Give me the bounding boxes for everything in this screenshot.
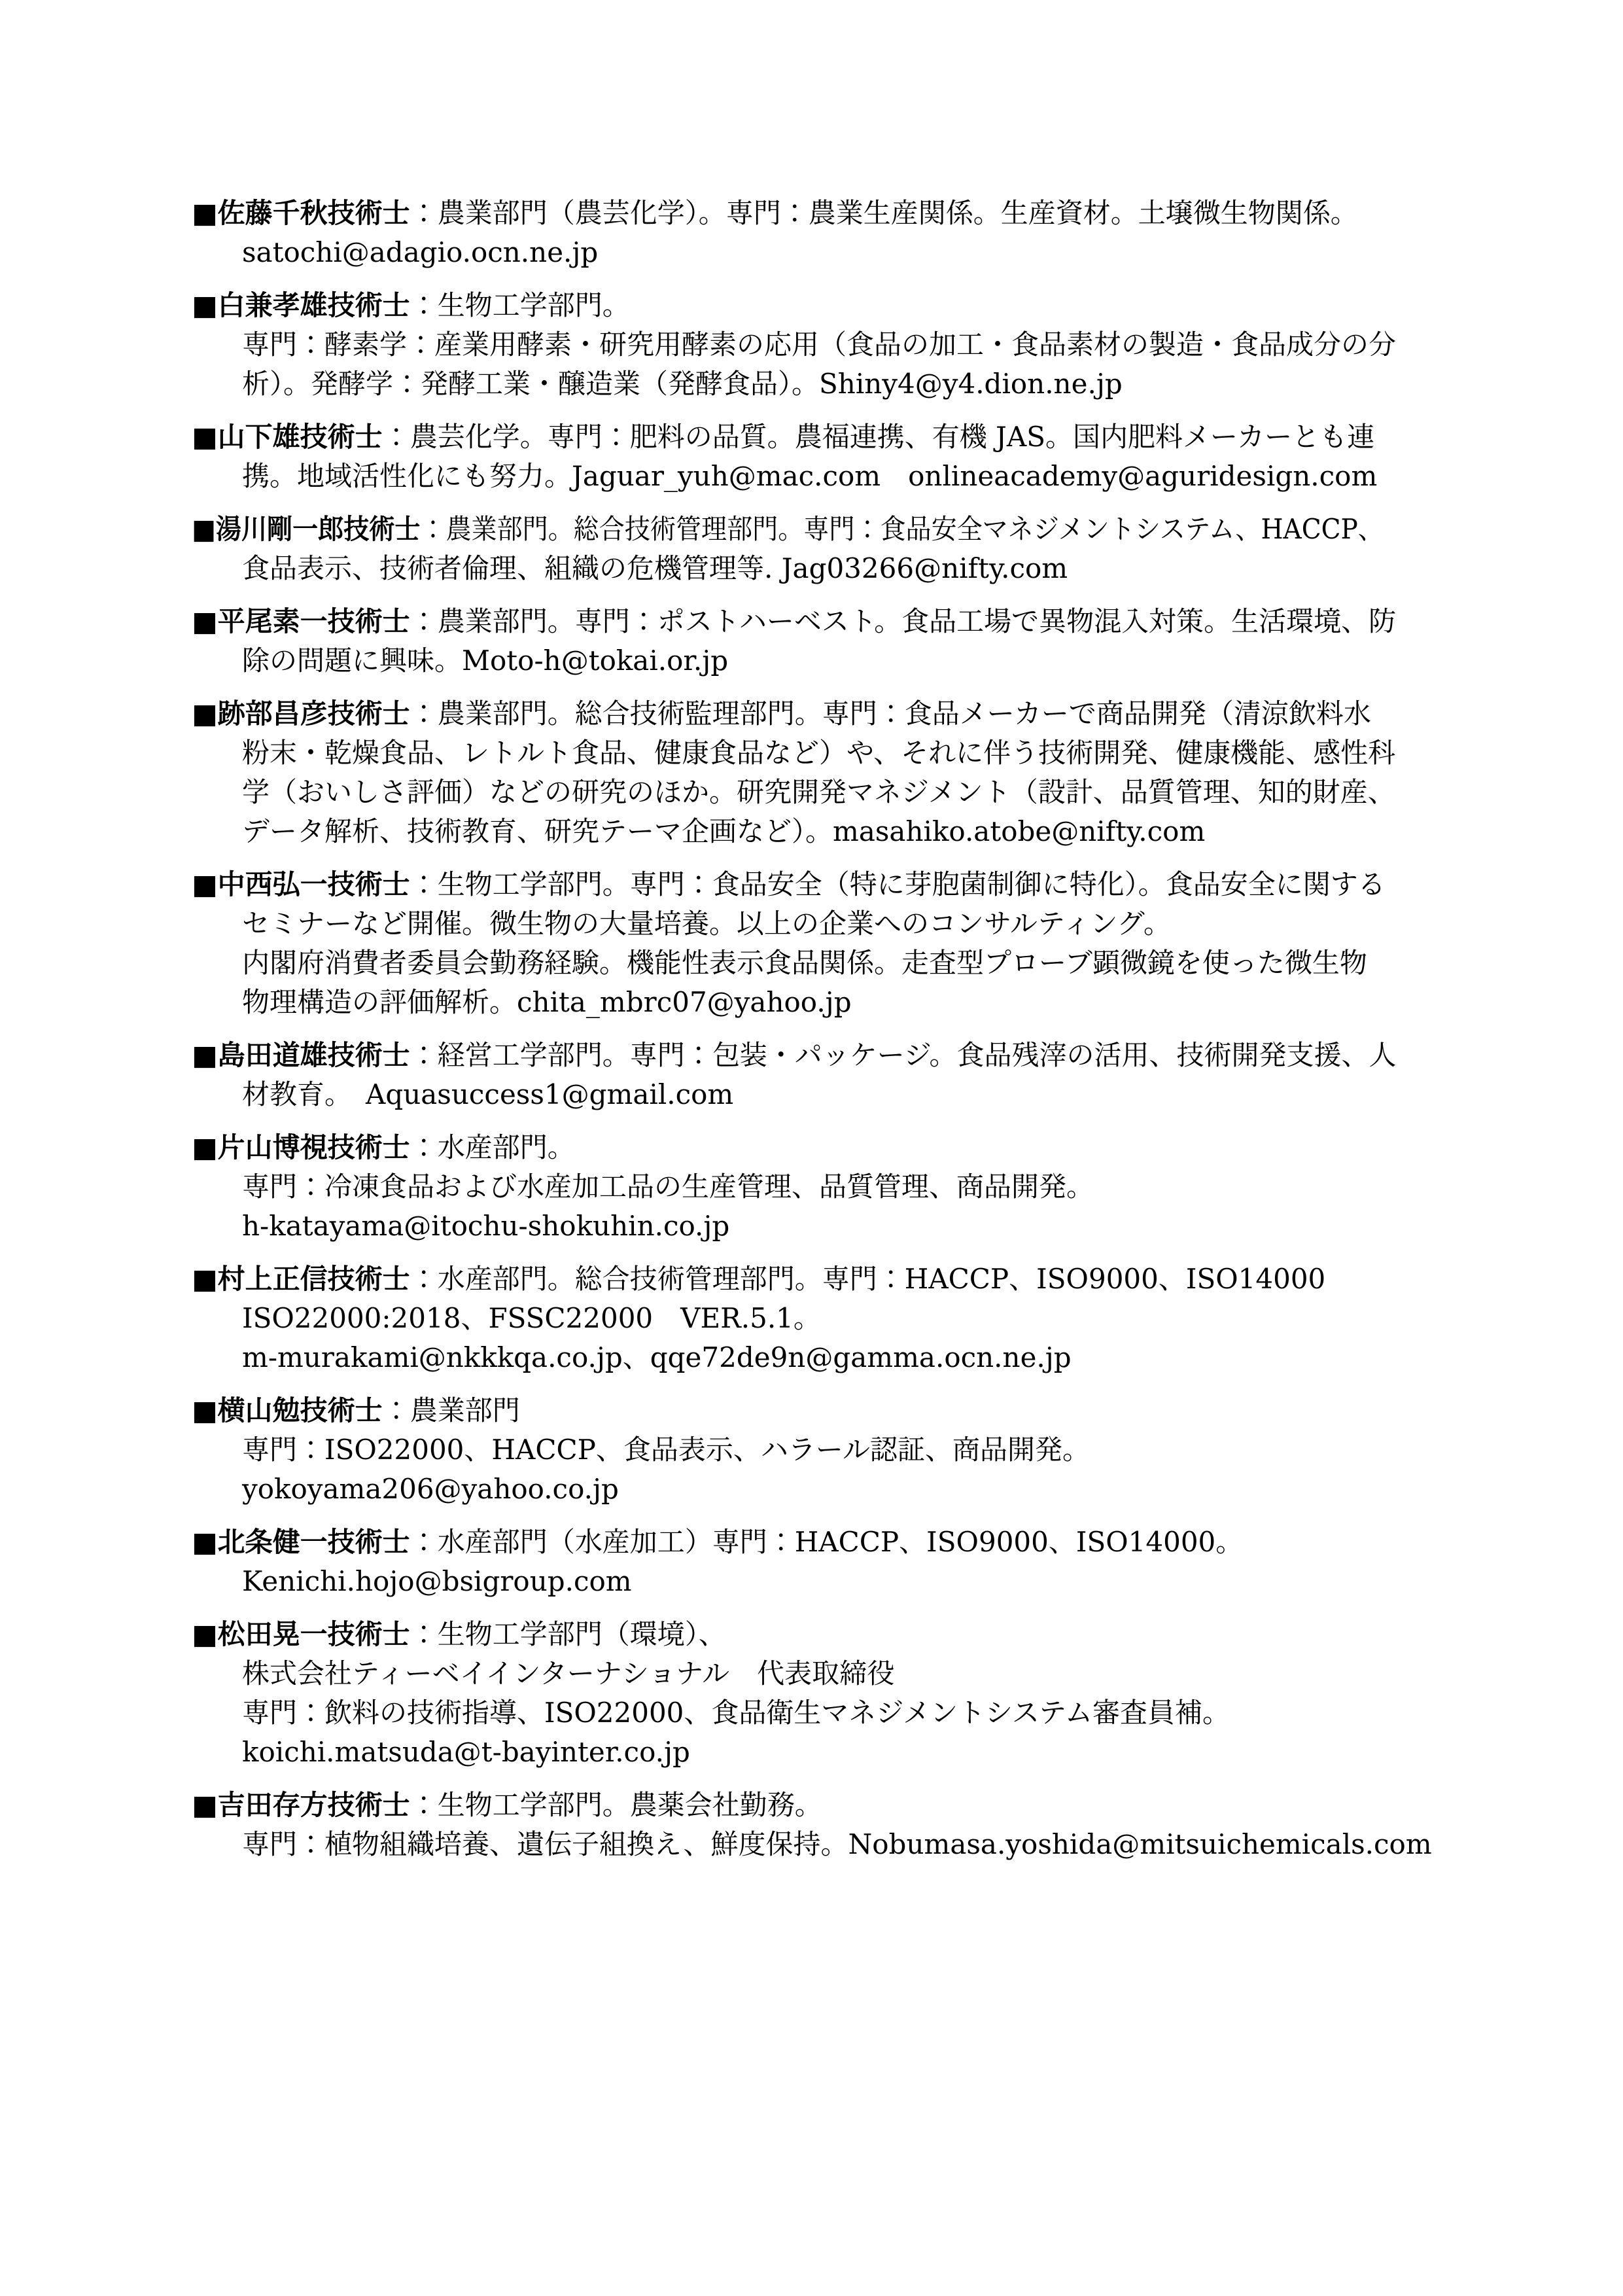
document-page: ■佐藤千秋技術士：農業部門（農芸化学）。専門：農業生産関係。生産資材。土壌微生物… xyxy=(0,0,1623,2296)
member-description: ：生物工学部門。 xyxy=(410,289,630,321)
member-name: ■島田道雄技術士 xyxy=(192,1039,410,1071)
member-entry-first-line: ■島田道雄技術士：経営工学部門。専門：包装・パッケージ。食品残滓の活用、技術開発… xyxy=(192,1036,1456,1075)
member-name: ■湯川剛一郎技術士 xyxy=(192,513,420,545)
member-entry-first-line: ■湯川剛一郎技術士：農業部門。総合技術管理部門。専門：食品安全マネジメントシステ… xyxy=(192,510,1367,549)
member-description: ：農業部門。専門：ポストハーベスト。食品工場で異物混入対策。生活環境、防 xyxy=(410,605,1396,637)
member-entry: ■北条健一技術士：水産部門（水産加工）専門：HACCP、ISO9000、ISO1… xyxy=(192,1523,1456,1601)
member-entry: ■中西弘一技術士：生物工学部門。専門：食品安全（特に芽胞菌制御に特化）。食品安全… xyxy=(192,865,1456,1022)
member-entry: ■片山博視技術士：水産部門。 専門：冷凍食品および水産加工品の生産管理、品質管理… xyxy=(192,1128,1456,1246)
member-entry-first-line: ■山下雄技術士：農芸化学。専門：肥料の品質。農福連携、有機 JAS。国内肥料メー… xyxy=(192,417,1456,457)
member-entry-first-line: ■松田晃一技術士：生物工学部門（環境）、 xyxy=(192,1615,1456,1654)
member-entry-first-line: ■村上正信技術士：水産部門。総合技術管理部門。専門：HACCP、ISO9000、… xyxy=(192,1260,1456,1299)
member-name: ■吉田存方技術士 xyxy=(192,1789,410,1821)
member-entry-first-line: ■平尾素一技術士：農業部門。専門：ポストハーベスト。食品工場で異物混入対策。生活… xyxy=(192,602,1456,641)
member-description: ：生物工学部門。農薬会社勤務。 xyxy=(410,1789,822,1821)
member-description-line: 専門：冷凍食品および水産加工品の生産管理、品質管理、商品開発。 xyxy=(192,1167,1456,1207)
member-entry: ■湯川剛一郎技術士：農業部門。総合技術管理部門。専門：食品安全マネジメントシステ… xyxy=(192,510,1456,588)
member-email-line: satochi@adagio.ocn.ne.jp xyxy=(192,233,1456,272)
member-description: ：水産部門。 xyxy=(410,1131,575,1163)
member-entry: ■村上正信技術士：水産部門。総合技術管理部門。専門：HACCP、ISO9000、… xyxy=(192,1260,1456,1377)
member-description: ：生物工学部門。専門：食品安全（特に芽胞菌制御に特化）。食品安全に関する xyxy=(410,868,1386,900)
member-description-line: 粉末・乾燥食品、レトルト食品、健康食品など）や、それに伴う技術開発、健康機能、感… xyxy=(192,733,1456,773)
member-entry: ■白兼孝雄技術士：生物工学部門。 専門：酵素学：産業用酵素・研究用酵素の応用（食… xyxy=(192,286,1456,404)
member-name: ■跡部昌彦技術士 xyxy=(192,698,410,730)
member-email-line: koichi.matsuda@t-bayinter.co.jp xyxy=(192,1733,1456,1772)
member-email-line: yokoyama206@yahoo.co.jp xyxy=(192,1470,1456,1509)
member-entry-first-line: ■白兼孝雄技術士：生物工学部門。 xyxy=(192,286,1456,325)
member-description-line: 専門：酵素学：産業用酵素・研究用酵素の応用（食品の加工・食品素材の製造・食品成分… xyxy=(192,325,1456,364)
member-entry-first-line: ■片山博視技術士：水産部門。 xyxy=(192,1128,1456,1167)
member-entry: ■跡部昌彦技術士：農業部門。総合技術監理部門。専門：食品メーカーで商品開発（清涼… xyxy=(192,694,1456,851)
member-email-line: Kenichi.hojo@bsigroup.com xyxy=(192,1562,1456,1601)
member-description-line: 携。地域活性化にも努力。Jaguar_yuh@mac.com onlineaca… xyxy=(192,457,1456,496)
member-description: ：農業部門。総合技術監理部門。専門：食品メーカーで商品開発（清涼飲料水 xyxy=(410,698,1371,730)
member-description: ：経営工学部門。専門：包装・パッケージ。食品残滓の活用、技術開発支援、人 xyxy=(410,1039,1397,1071)
member-directory-list: ■佐藤千秋技術士：農業部門（農芸化学）。専門：農業生産関係。生産資材。土壌微生物… xyxy=(192,194,1456,1878)
member-description-line: 食品表示、技術者倫理、組織の危機管理等. Jag03266@nifty.com xyxy=(192,549,1456,588)
member-name: ■山下雄技術士 xyxy=(192,421,383,453)
member-entry: ■松田晃一技術士：生物工学部門（環境）、 株式会社ティーベイインターナショナル … xyxy=(192,1615,1456,1772)
member-description-line: 物理構造の評価解析。chita_mbrc07@yahoo.jp xyxy=(192,983,1456,1022)
member-entry-first-line: ■佐藤千秋技術士：農業部門（農芸化学）。専門：農業生産関係。生産資材。土壌微生物… xyxy=(192,194,1456,233)
member-email-line: m-murakami@nkkkqa.co.jp、qqe72de9n@gamma.… xyxy=(192,1338,1456,1377)
member-entry-first-line: ■中西弘一技術士：生物工学部門。専門：食品安全（特に芽胞菌制御に特化）。食品安全… xyxy=(192,865,1456,904)
member-email-line: h-katayama@itochu-shokuhin.co.jp xyxy=(192,1207,1456,1246)
member-name: ■北条健一技術士 xyxy=(192,1526,410,1558)
member-description-line: データ解析、技術教育、研究テーマ企画など）。masahiko.atobe@nif… xyxy=(192,812,1456,851)
member-entry: ■吉田存方技術士：生物工学部門。農薬会社勤務。 専門：植物組織培養、遺伝子組換え… xyxy=(192,1786,1456,1864)
member-description: ：水産部門。総合技術管理部門。専門：HACCP、ISO9000、ISO14000 xyxy=(410,1263,1326,1295)
member-description: ：農業部門 xyxy=(383,1394,520,1426)
member-description-line: 除の問題に興味。Moto-h@tokai.or.jp xyxy=(192,641,1456,680)
member-description-line: 専門：植物組織培養、遺伝子組換え、鮮度保持。Nobumasa.yoshida@m… xyxy=(192,1825,1456,1864)
member-description: ：農芸化学。専門：肥料の品質。農福連携、有機 JAS。国内肥料メーカーとも連 xyxy=(383,421,1374,453)
member-description: ：農業部門（農芸化学）。専門：農業生産関係。生産資材。土壌微生物関係。 xyxy=(410,197,1358,229)
member-entry-first-line: ■横山勉技術士：農業部門 xyxy=(192,1391,1456,1430)
member-entry: ■横山勉技術士：農業部門 専門：ISO22000、HACCP、食品表示、ハラール… xyxy=(192,1391,1456,1509)
member-name: ■村上正信技術士 xyxy=(192,1263,410,1295)
member-description: ：生物工学部門（環境）、 xyxy=(410,1618,726,1650)
member-name: ■白兼孝雄技術士 xyxy=(192,289,410,321)
member-entry-first-line: ■北条健一技術士：水産部門（水産加工）専門：HACCP、ISO9000、ISO1… xyxy=(192,1523,1456,1562)
member-entry-first-line: ■跡部昌彦技術士：農業部門。総合技術監理部門。専門：食品メーカーで商品開発（清涼… xyxy=(192,694,1456,733)
member-description-line: 析）。発酵学：発酵工業・醸造業（発酵食品）。Shiny4@y4.dion.ne.… xyxy=(192,364,1456,404)
member-entry: ■山下雄技術士：農芸化学。専門：肥料の品質。農福連携、有機 JAS。国内肥料メー… xyxy=(192,417,1456,496)
member-description-line: 学（おいしさ評価）などの研究のほか。研究開発マネジメント（設計、品質管理、知的財… xyxy=(192,773,1456,812)
member-description-line: 専門：飲料の技術指導、ISO22000、食品衛生マネジメントシステム審査員補。 xyxy=(192,1693,1456,1733)
member-entry: ■島田道雄技術士：経営工学部門。専門：包装・パッケージ。食品残滓の活用、技術開発… xyxy=(192,1036,1456,1114)
member-description: ：水産部門（水産加工）専門：HACCP、ISO9000、ISO14000。 xyxy=(410,1526,1244,1558)
member-name: ■片山博視技術士 xyxy=(192,1131,410,1163)
member-description-line: 内閣府消費者委員会勤務経験。機能性表示食品関係。走査型プローブ顕微鏡を使った微生… xyxy=(192,944,1456,983)
member-entry: ■平尾素一技術士：農業部門。専門：ポストハーベスト。食品工場で異物混入対策。生活… xyxy=(192,602,1456,680)
member-email-line: 材教育。 Aquasuccess1@gmail.com xyxy=(192,1075,1456,1114)
member-name: ■松田晃一技術士 xyxy=(192,1618,410,1650)
member-description-line: 専門：ISO22000、HACCP、食品表示、ハラール認証、商品開発。 xyxy=(192,1430,1456,1470)
member-description-line: ISO22000:2018、FSSC22000 VER.5.1。 xyxy=(192,1299,1456,1338)
member-entry-first-line: ■吉田存方技術士：生物工学部門。農薬会社勤務。 xyxy=(192,1786,1456,1825)
member-name: ■平尾素一技術士 xyxy=(192,605,410,637)
member-name: ■中西弘一技術士 xyxy=(192,868,410,900)
member-name: ■佐藤千秋技術士 xyxy=(192,197,410,229)
member-entry: ■佐藤千秋技術士：農業部門（農芸化学）。専門：農業生産関係。生産資材。土壌微生物… xyxy=(192,194,1456,272)
member-description-line: セミナーなど開催。微生物の大量培養。以上の企業へのコンサルティング。 xyxy=(192,904,1456,944)
member-description-line: 株式会社ティーベイインターナショナル 代表取締役 xyxy=(192,1654,1456,1693)
member-name: ■横山勉技術士 xyxy=(192,1394,383,1426)
member-description: ：農業部門。総合技術管理部門。専門：食品安全マネジメントシステム、HACCP、 xyxy=(420,513,1383,545)
